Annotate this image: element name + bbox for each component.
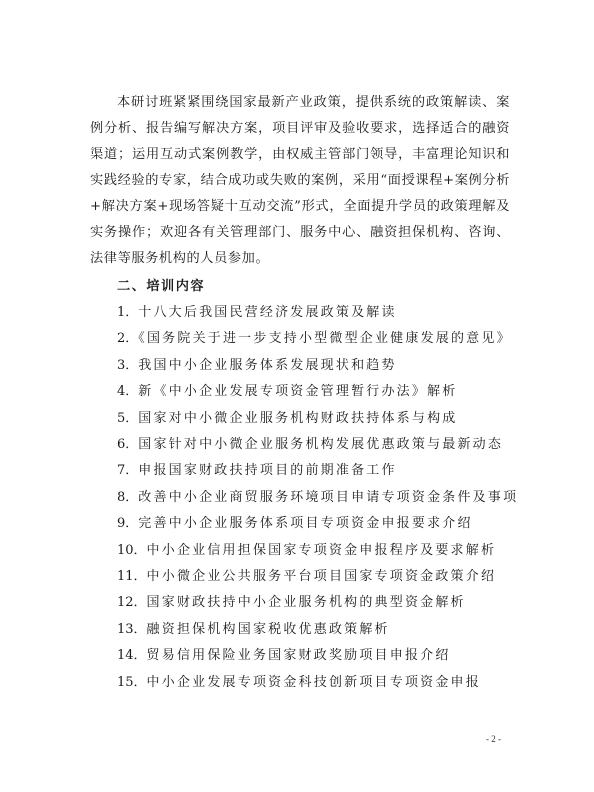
list-item: 12．国家财政扶持中小企业服务机构的典型资金解析 (117, 590, 510, 616)
item-text: 国家财政扶持中小企业服务机构的典型资金解析 (147, 595, 466, 610)
list-item: 10．中小企业信用担保国家专项资金申报程序及要求解析 (117, 538, 510, 564)
page-number: - 2 - (486, 734, 501, 744)
list-item: 6．国家针对中小微企业服务机构发展优惠政策与最新动态 (117, 432, 510, 458)
list-item: 5．国家对中小微企业服务机构财政扶持体系与构成 (117, 406, 510, 432)
item-text: 中小企业发展专项资金科技创新项目专项资金申报 (147, 675, 481, 690)
list-item: 8．改善中小企业商贸服务环境项目申请专项资金条件及事项 (117, 485, 510, 511)
list-item: 14．贸易信用保险业务国家财政奖励项目申报介绍 (117, 643, 510, 669)
item-text: 新《中小企业发展专项资金管理暂行办法》解析 (138, 384, 457, 399)
list-item: 7．申报国家财政扶持项目的前期准备工作 (117, 458, 510, 484)
item-text: 中小企业信用担保国家专项资金申报程序及要求解析 (147, 543, 497, 558)
item-text: 《国务院关于进一步支持小型微型企业健康发展的意见》 (138, 331, 512, 346)
list-item: 9．完善中小企业服务体系项目专项资金申报要求介绍 (117, 511, 510, 537)
item-text: 我国中小企业服务体系发展现状和趋势 (138, 358, 396, 373)
item-number: 10． (117, 543, 147, 558)
document-body: 本研讨班紧紧围绕国家最新产业政策，提供系统的政策解读、案例分析、报告编写解决方案… (90, 90, 510, 696)
item-text: 中小微企业公共服务平台项目国家专项资金政策介绍 (147, 569, 497, 584)
item-number: 11． (117, 569, 147, 584)
list-item: 4．新《中小企业发展专项资金管理暂行办法》解析 (117, 379, 510, 405)
training-content-list: 1．十八大后我国民营经济发展政策及解读 2．《国务院关于进一步支持小型微型企业健… (90, 300, 510, 696)
item-text: 完善中小企业服务体系项目专项资金申报要求介绍 (138, 516, 472, 531)
item-number: 7． (117, 463, 138, 478)
item-text: 改善中小企业商贸服务环境项目申请专项资金条件及事项 (138, 490, 518, 505)
list-item: 11．中小微企业公共服务平台项目国家专项资金政策介绍 (117, 564, 510, 590)
section-heading: 二、培训内容 (90, 274, 510, 300)
item-number: 14． (117, 648, 147, 663)
intro-paragraph: 本研讨班紧紧围绕国家最新产业政策，提供系统的政策解读、案例分析、报告编写解决方案… (90, 90, 510, 272)
item-text: 申报国家财政扶持项目的前期准备工作 (138, 463, 396, 478)
item-text: 融资担保机构国家税收优惠政策解析 (147, 622, 390, 637)
document-page: 本研讨班紧紧围绕国家最新产业政策，提供系统的政策解读、案例分析、报告编写解决方案… (0, 0, 594, 792)
item-number: 4． (117, 384, 138, 399)
item-number: 5． (117, 411, 138, 426)
item-number: 15． (117, 675, 147, 690)
item-number: 12． (117, 595, 147, 610)
list-item: 15．中小企业发展专项资金科技创新项目专项资金申报 (117, 670, 510, 696)
item-number: 2． (117, 331, 138, 346)
item-text: 国家对中小微企业服务机构财政扶持体系与构成 (138, 411, 457, 426)
item-number: 9． (117, 516, 138, 531)
item-number: 1． (117, 305, 138, 320)
item-number: 13． (117, 622, 147, 637)
list-item: 13．融资担保机构国家税收优惠政策解析 (117, 617, 510, 643)
item-number: 6． (117, 437, 138, 452)
item-number: 3． (117, 358, 138, 373)
item-number: 8． (117, 490, 138, 505)
item-text: 国家针对中小微企业服务机构发展优惠政策与最新动态 (138, 437, 503, 452)
list-item: 1．十八大后我国民营经济发展政策及解读 (117, 300, 510, 326)
item-text: 贸易信用保险业务国家财政奖励项目申报介绍 (147, 648, 451, 663)
list-item: 2．《国务院关于进一步支持小型微型企业健康发展的意见》 (117, 326, 510, 352)
item-text: 十八大后我国民营经济发展政策及解读 (138, 305, 396, 320)
list-item: 3．我国中小企业服务体系发展现状和趋势 (117, 353, 510, 379)
